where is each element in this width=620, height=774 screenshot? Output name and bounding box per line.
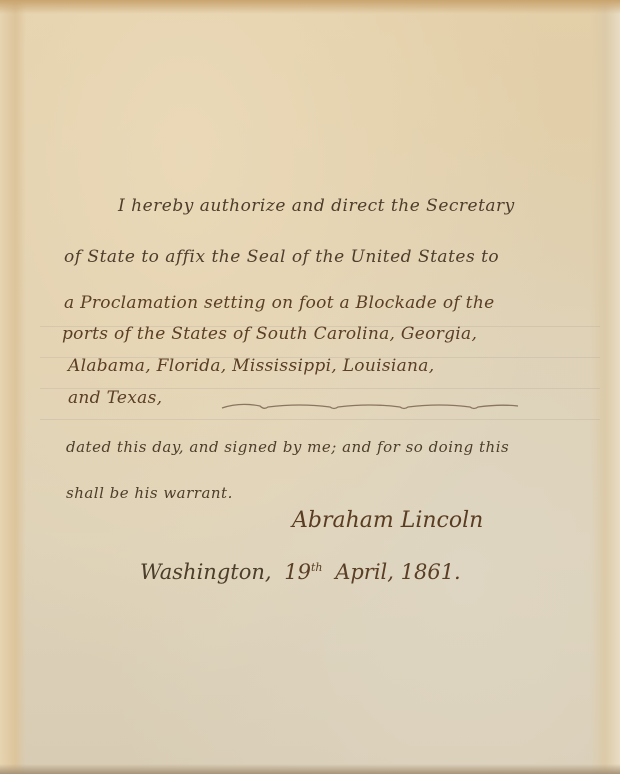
signature-abraham-lincoln: Abraham Lincoln [292, 508, 483, 533]
dateline-day: 19 [284, 560, 311, 584]
document-paper [0, 0, 620, 774]
text-line-5: Alabama, Florida, Mississippi, Louisiana… [68, 356, 434, 376]
dateline-place: Washington, [140, 560, 272, 584]
text-line-4: ports of the States of South Carolina, G… [62, 324, 477, 344]
text-line-8: shall be his warrant. [66, 484, 233, 502]
paper-edge-bottom [0, 764, 620, 774]
paper-edge-left [0, 0, 26, 774]
text-line-1: I hereby authorize and direct the Secret… [118, 196, 515, 216]
ruled-line [40, 419, 600, 420]
text-line-7: dated this day, and signed by me; and fo… [66, 438, 509, 456]
line-filler-flourish [220, 400, 520, 414]
text-line-6: and Texas, [68, 388, 162, 408]
dateline-day-suffix: th [311, 561, 323, 574]
paper-edge-right [590, 0, 620, 774]
dateline: Washington, 19th April, 1861. [140, 560, 461, 584]
dateline-month-year: April, 1861. [335, 560, 461, 584]
text-line-3: a Proclamation setting on foot a Blockad… [64, 293, 494, 313]
text-line-2: of State to affix the Seal of the United… [64, 247, 499, 267]
paper-edge-top [0, 0, 620, 14]
